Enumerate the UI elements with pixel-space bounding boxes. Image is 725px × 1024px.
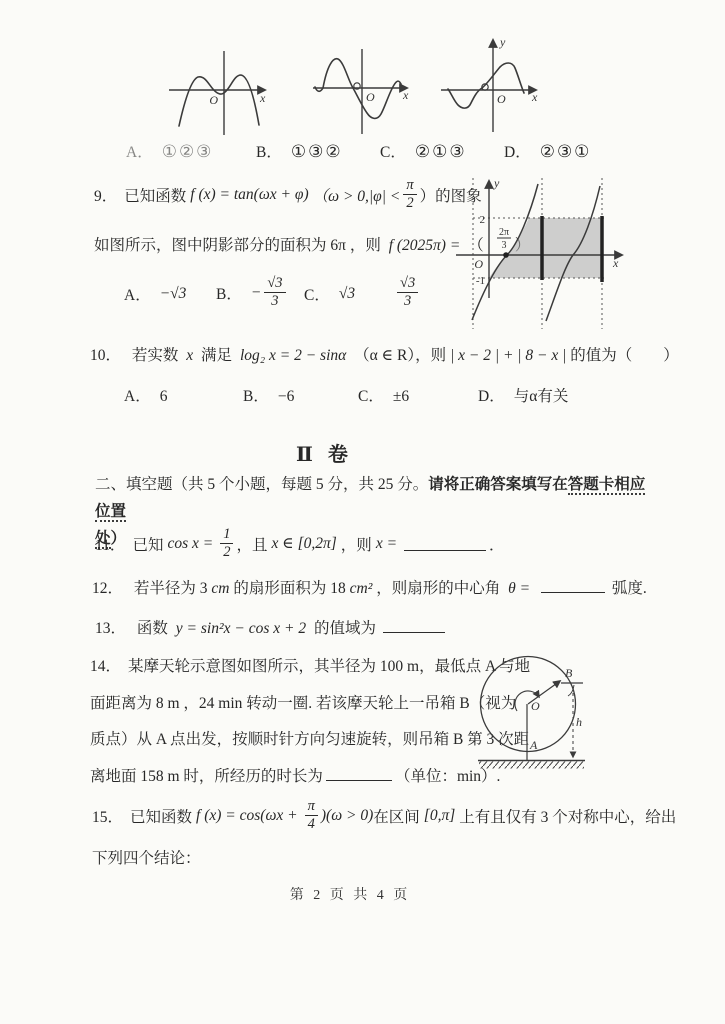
text-run: 的值为（ ） — [570, 347, 679, 364]
tick-2: 2 — [480, 214, 486, 226]
text-run: 某摩天轮示意图如图所示，其半径为 100 m，最低点 A 与地 — [128, 658, 530, 675]
text-run: 已知 — [132, 533, 163, 555]
height-label: h — [576, 715, 582, 729]
option-value: ①②③ — [162, 142, 214, 161]
option-label: B． — [216, 282, 242, 304]
q8-option-a: A．①②③ — [126, 140, 213, 162]
text-run: 的扇形面积为 18 — [233, 580, 349, 597]
formula: y = sin²x − cos x + 2 — [176, 620, 306, 637]
point-a-label: A — [529, 738, 538, 752]
option-graph-3: y O x — [436, 30, 544, 138]
formula: cos x = — [167, 535, 213, 553]
frac-2pi-num: 2π — [499, 227, 509, 238]
question-number: 12． — [92, 580, 123, 597]
answer-blank — [541, 578, 605, 593]
unit-cm: cm — [211, 580, 229, 597]
variable-x: x — [186, 347, 193, 364]
option-value: ±6 — [393, 388, 409, 405]
formula: log₂ x = 2 − sinα — [240, 347, 346, 364]
text-run: 函数 — [137, 620, 168, 637]
option-value: 与α有关 — [514, 388, 569, 405]
option-label: A． — [124, 283, 151, 305]
q9-option-b: B．−√33 — [216, 276, 289, 309]
q15-line2: 下列四个结论： — [92, 846, 201, 868]
fraction-1-2: 12 — [220, 527, 233, 560]
formula: θ = — [508, 580, 530, 597]
text-run: 离地面 158 m 时，所经历的时长为 — [90, 768, 323, 785]
text-run: 已知函数 — [124, 184, 186, 206]
option-value: 6 — [160, 388, 168, 405]
bold-instruction: 请将正确答案填写在 — [428, 476, 568, 493]
text-run: （单位：min）. — [395, 768, 501, 785]
formula: )(ω > 0) — [321, 807, 373, 825]
ground-hatching — [479, 762, 584, 769]
option-label: D． — [504, 144, 531, 161]
point-b-label: B — [565, 666, 573, 680]
text-run: （α ∈ R），则 — [354, 347, 446, 364]
unit-cm2: cm² — [350, 580, 373, 597]
text-run: ． — [489, 533, 505, 555]
y-label: y — [499, 35, 506, 49]
tick-neg1: -1 — [476, 275, 485, 287]
text-run: 如图所示，图中阴影部分的面积为 6π ，则 — [94, 237, 381, 254]
q13-line: 13． 函数 y = sin²x − cos x + 2 的值域为 — [95, 616, 448, 638]
option-graph-1: O x — [166, 38, 274, 138]
frac-3-den: 3 — [502, 240, 507, 251]
option-label: C． — [358, 388, 384, 405]
option-value: √3 — [339, 285, 355, 303]
option-label: D． — [478, 388, 505, 405]
answer-blank — [326, 766, 392, 781]
option-graph-2: O x — [310, 36, 412, 138]
fraction-pi-4: π4 — [305, 799, 318, 832]
question-number: 14． — [90, 658, 121, 675]
option-value: ②①③ — [415, 142, 467, 161]
q12-line: 12． 若半径为 3 cm 的扇形面积为 18 cm² ，则扇形的中心角 θ =… — [92, 576, 647, 598]
fraction-sqrt3-3: √33 — [264, 276, 285, 309]
option-value: ①③② — [291, 142, 343, 161]
curve — [448, 63, 524, 108]
option-value: −√3 — [160, 285, 187, 303]
formula: f (2025π) = — [389, 237, 461, 254]
option-label: B． — [256, 144, 282, 161]
text-run: ，且 — [236, 533, 267, 555]
text-run: 在区间 — [373, 805, 420, 827]
formula: x = — [376, 535, 397, 553]
q8-option-c: C．②①③ — [380, 140, 467, 162]
q15-line1: 15． 已知函数 f (x) = cos(ωx + π4 )(ω > 0) 在区… — [92, 799, 676, 832]
x-label: x — [612, 256, 619, 270]
origin-label: O — [366, 90, 375, 104]
center-label: O — [531, 699, 540, 713]
answer-blank — [383, 618, 445, 633]
formula: | x − 2 | + | 8 − x | — [450, 347, 566, 364]
origin-label: O — [474, 257, 483, 271]
fraction-pi-2: π2 — [403, 178, 416, 211]
y-label: y — [493, 176, 500, 190]
option-label: A． — [126, 144, 153, 161]
q10-option-d: D．与α有关 — [478, 384, 568, 406]
text-run: 若半径为 3 — [134, 580, 212, 597]
origin-label: O — [497, 92, 506, 106]
q14-ferris-wheel-diagram: O A B h — [477, 647, 589, 769]
q10-option-c: C．±6 — [358, 384, 409, 406]
q9-tangent-graph: y 2 2π 3 O -1 x — [452, 172, 632, 335]
q8-option-b: B．①③② — [256, 140, 343, 162]
option-label: B． — [243, 388, 269, 405]
condition: （ω > 0,|φ| < — [313, 184, 401, 206]
q9-option-c: C．√3 — [304, 283, 355, 305]
q14-text: 14．某摩天轮示意图如图所示，其半径为 100 m，最低点 A 与地 面距离为 … — [90, 649, 490, 795]
point-2pi3 — [503, 252, 509, 258]
x-label: x — [259, 91, 266, 105]
text-run: 满足 — [201, 347, 232, 364]
q9-option-a: A．−√3 — [124, 283, 186, 305]
section-title: Ⅱ 卷 — [296, 438, 353, 467]
question-number: 11． — [95, 533, 125, 555]
text-run: 二、填空题（共 5 个小题，每题 5 分，共 25 分。 — [95, 476, 428, 493]
text-run: 弧度. — [612, 580, 647, 597]
origin-label: O — [209, 93, 218, 107]
text-run: 质点）从 A 点出发，按顺时针方向匀速旋转，则吊箱 B 第 3 次距 — [90, 722, 490, 759]
fraction-sqrt3-3: √33 — [397, 276, 418, 309]
question-number: 10． — [90, 347, 121, 364]
formula: f (x) = cos(ωx + — [196, 807, 298, 825]
question-number: 15． — [92, 805, 123, 827]
q9-line1: 9． 已知函数 f (x) = tan(ωx + φ) （ω > 0,|φ| <… — [94, 178, 482, 211]
page-footer: 第 2 页 共 4 页 — [0, 884, 700, 904]
option-label: C． — [380, 144, 406, 161]
q8-option-d: D．②③① — [504, 140, 591, 162]
formula: x ∈ [0,2π] — [271, 534, 336, 553]
q10-option-a: A．6 — [124, 384, 167, 406]
q11-line: 11． 已知 cos x = 12 ，且 x ∈ [0,2π] ，则 x = ． — [95, 527, 505, 560]
question-number: 9． — [94, 184, 117, 206]
option-value: ②③① — [540, 142, 592, 161]
formula: [0,π] — [424, 807, 455, 825]
option-label: A． — [124, 388, 151, 405]
text-run: 若实数 — [132, 347, 179, 364]
text-run: 面距离为 8 m ，24 min 转动一圈. 若该摩天轮上一吊箱 B（视为 — [90, 686, 490, 723]
q9-option-d: √33 — [394, 276, 421, 309]
option-label: C． — [304, 283, 330, 305]
exam-page: O x O x y O x A．①②③ B．①③② C．②①③ D．②③① 9．… — [0, 0, 725, 1024]
q10-line: 10． 若实数 x 满足 log₂ x = 2 − sinα （α ∈ R），则… — [90, 343, 679, 365]
x-label: x — [402, 88, 409, 102]
x-label: x — [531, 90, 538, 104]
q10-option-b: B．−6 — [243, 384, 294, 406]
question-number: 13． — [95, 620, 126, 637]
text-run: ，则 — [341, 533, 372, 555]
curve — [179, 75, 259, 126]
text-run: 上有且仅有 3 个对称中心，给出 — [459, 805, 676, 827]
answer-blank — [404, 536, 486, 551]
text-run: 的值域为 — [314, 620, 376, 637]
text-run: 已知函数 — [130, 805, 192, 827]
text-run: ，则扇形的中心角 — [376, 580, 500, 597]
formula: f (x) = tan(ωx + φ) — [190, 186, 308, 204]
minus-sign: − — [251, 284, 261, 302]
option-value: −6 — [278, 388, 295, 405]
